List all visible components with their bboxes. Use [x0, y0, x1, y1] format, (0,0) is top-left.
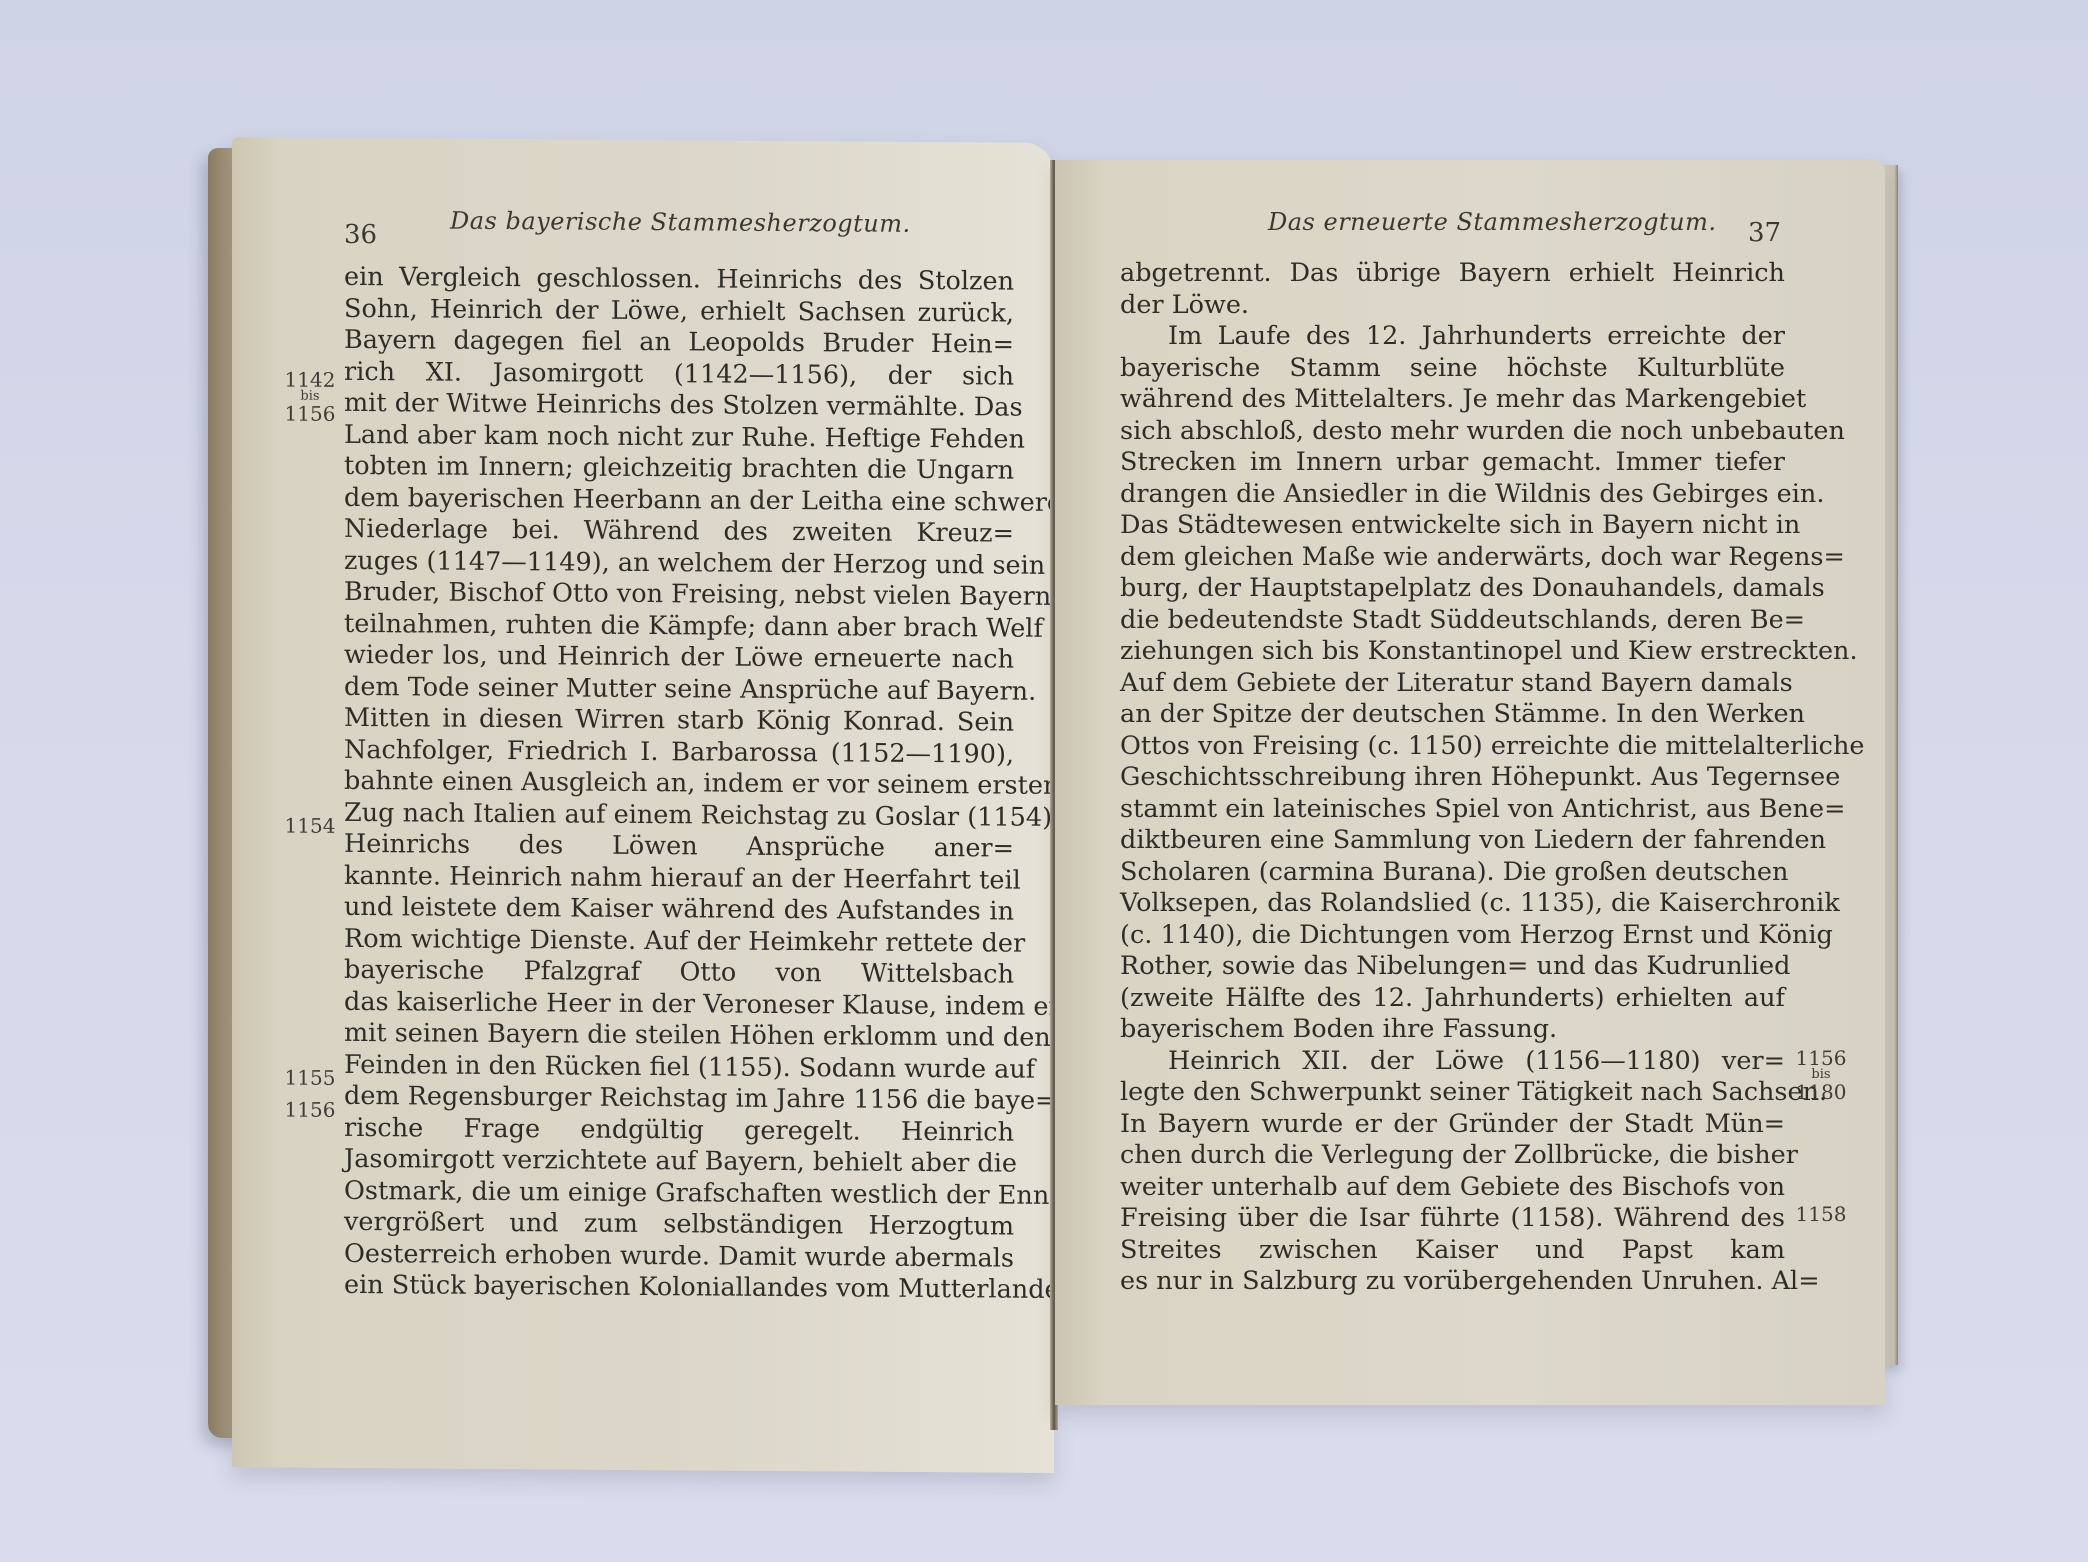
- text-line: das kaiserliche Heer in der Veroneser Kl…: [344, 986, 1014, 1022]
- body-text: ein Vergleich geschlossen. Heinrichs des…: [344, 262, 1014, 1306]
- text-line: teilnahmen, ruhten die Kämpfe; dann aber…: [344, 608, 1014, 644]
- text-line: tobten im Innern; gleichzeitig brachten …: [344, 451, 1014, 487]
- text-line: mit seinen Bayern die steilen Höhen erkl…: [344, 1018, 1014, 1054]
- text-line: wieder los, und Heinrich der Löwe erneue…: [344, 640, 1014, 676]
- margin-date: 1155: [285, 1065, 336, 1089]
- text-line: Das Städtewesen entwickelte sich in Baye…: [1120, 510, 1785, 542]
- text-line: Rother, sowie das Nibelungen= und das Ku…: [1120, 951, 1785, 983]
- text-line: mit der Witwe Heinrichs des Stolzen verm…: [344, 388, 1014, 424]
- text-line: während des Mittelalters. Je mehr das Ma…: [1120, 384, 1785, 416]
- text-line: chen durch die Verlegung der Zollbrücke,…: [1120, 1140, 1785, 1172]
- text-line: Strecken im Innern urbar gemacht. Immer …: [1120, 447, 1785, 479]
- text-line: Nachfolger, Friedrich I. Barbarossa (115…: [344, 734, 1014, 770]
- margin-date: 1158: [1796, 1202, 1847, 1226]
- text-line: ein Vergleich geschlossen. Heinrichs des…: [344, 262, 1014, 298]
- text-line: Bruder, Bischof Otto von Freising, nebst…: [344, 577, 1014, 613]
- text-line: es nur in Salzburg zu vorübergehenden Un…: [1120, 1266, 1785, 1298]
- text-line: diktbeuren eine Sammlung von Liedern der…: [1120, 825, 1785, 857]
- text-line: bahnte einen Ausgleich an, indem er vor …: [344, 766, 1014, 802]
- margin-date-note: 1156: [284, 1099, 336, 1119]
- text-line: zuges (1147—1149), an welchem der Herzog…: [344, 545, 1014, 581]
- running-head: Das erneuerte Stammesherzogtum.: [1268, 208, 1716, 236]
- margin-date: 1156: [285, 1097, 336, 1121]
- text-line: sich abschloß, desto mehr wurden die noc…: [1120, 416, 1785, 448]
- text-line: dem Tode seiner Mutter seine Ansprüche a…: [344, 671, 1014, 707]
- text-line: Bayern dagegen fiel an Leopolds Bruder H…: [344, 325, 1014, 361]
- page-number: 37: [1748, 218, 1781, 248]
- text-line: und leistete dem Kaiser während des Aufs…: [344, 892, 1014, 928]
- text-line: rich XI. Jasomirgott (1142—1156), der si…: [344, 356, 1014, 392]
- margin-date-note: 1158: [1795, 1204, 1847, 1224]
- text-line: Scholaren (carmina Burana). Die großen d…: [1120, 857, 1785, 889]
- text-line: legte den Schwerpunkt seiner Tätigkeit n…: [1120, 1077, 1785, 1109]
- text-line: die bedeutendste Stadt Süddeutschlands, …: [1120, 605, 1785, 637]
- text-line: dem Regensburger Reichstag im Jahre 1156…: [344, 1081, 1014, 1117]
- text-line: (zweite Hälfte des 12. Jahrhunderts) erh…: [1120, 983, 1785, 1015]
- text-line: Jasomirgott verzichtete auf Bayern, behi…: [344, 1144, 1014, 1180]
- text-line: Heinrich XII. der Löwe (1156—1180) ver=: [1120, 1046, 1785, 1078]
- text-line: der Löwe.: [1120, 290, 1785, 322]
- text-line: stammt ein lateinisches Spiel von Antich…: [1120, 794, 1785, 826]
- margin-date-note: 1155: [284, 1067, 336, 1087]
- margin-date-end: 1156: [285, 401, 336, 425]
- running-head: Das bayerische Stammesherzogtum.: [450, 207, 911, 238]
- text-line: Land aber kam noch nicht zur Ruhe. Hefti…: [344, 419, 1014, 455]
- right-page: Das erneuerte Stammesherzogtum. 37 abget…: [1055, 160, 1885, 1405]
- text-line: Im Laufe des 12. Jahrhunderts erreichte …: [1120, 321, 1785, 353]
- page-number: 36: [344, 220, 377, 250]
- text-line: Geschichtsschreibung ihren Höhepunkt. Au…: [1120, 762, 1785, 794]
- margin-date-note: 1154: [284, 815, 336, 835]
- margin-date-note: 1142 bis 1156: [284, 369, 336, 423]
- body-text: abgetrennt. Das übrige Bayern erhielt He…: [1120, 258, 1785, 1298]
- text-line: burg, der Hauptstapelplatz des Donauhand…: [1120, 573, 1785, 605]
- text-line: (c. 1140), die Dichtungen vom Herzog Ern…: [1120, 920, 1785, 952]
- text-line: Volksepen, das Rolandslied (c. 1135), di…: [1120, 888, 1785, 920]
- text-line: weiter unterhalb auf dem Gebiete des Bis…: [1120, 1172, 1785, 1204]
- text-line: dem gleichen Maße wie anderwärts, doch w…: [1120, 542, 1785, 574]
- text-line: Rom wichtige Dienste. Auf der Heimkehr r…: [344, 923, 1014, 959]
- text-line: an der Spitze der deutschen Stämme. In d…: [1120, 699, 1785, 731]
- text-line: In Bayern wurde er der Gründer der Stadt…: [1120, 1109, 1785, 1141]
- text-line: kannte. Heinrich nahm hierauf an der Hee…: [344, 860, 1014, 896]
- margin-date-end: 1180: [1796, 1080, 1847, 1104]
- text-line: Mitten in diesen Wirren starb König Konr…: [344, 703, 1014, 739]
- left-page: 36 Das bayerische Stammesherzogtum. ein …: [232, 137, 1054, 1473]
- text-line: bayerischem Boden ihre Fassung.: [1120, 1014, 1785, 1046]
- text-line: ziehungen sich bis Konstantinopel und Ki…: [1120, 636, 1785, 668]
- text-line: bayerische Pfalzgraf Otto von Wittelsbac…: [344, 955, 1014, 991]
- text-line: Streites zwischen Kaiser und Papst kam: [1120, 1235, 1785, 1267]
- text-line: bayerische Stamm seine höchste Kulturblü…: [1120, 353, 1785, 385]
- text-line: Ottos von Freising (c. 1150) erreichte d…: [1120, 731, 1785, 763]
- margin-date-note: 1156 bis 1180: [1795, 1048, 1847, 1102]
- text-line: Sohn, Heinrich der Löwe, erhielt Sachsen…: [344, 293, 1014, 329]
- text-line: Heinrichs des Löwen Ansprüche aner=: [344, 829, 1014, 865]
- text-line: drangen die Ansiedler in die Wildnis des…: [1120, 479, 1785, 511]
- text-line: ein Stück bayerischen Koloniallandes vom…: [344, 1270, 1014, 1306]
- text-line: Feinden in den Rücken fiel (1155). Sodan…: [344, 1049, 1014, 1085]
- text-line: Niederlage bei. Während des zweiten Kreu…: [344, 514, 1014, 550]
- text-line: Oesterreich erhoben wurde. Damit wurde a…: [344, 1238, 1014, 1274]
- text-line: Freising über die Isar führte (1158). Wä…: [1120, 1203, 1785, 1235]
- open-book: 36 Das bayerische Stammesherzogtum. ein …: [0, 0, 2088, 1562]
- text-line: abgetrennt. Das übrige Bayern erhielt He…: [1120, 258, 1785, 290]
- text-line: dem bayerischen Heerbann an der Leitha e…: [344, 482, 1014, 518]
- text-line: Zug nach Italien auf einem Reichstag zu …: [344, 797, 1014, 833]
- text-line: rische Frage endgültig geregelt. Heinric…: [344, 1112, 1014, 1148]
- text-line: Ostmark, die um einige Grafschaften west…: [344, 1175, 1014, 1211]
- text-line: vergrößert und zum selbständigen Herzogt…: [344, 1207, 1014, 1243]
- margin-date: 1154: [285, 813, 336, 837]
- text-line: Auf dem Gebiete der Literatur stand Baye…: [1120, 668, 1785, 700]
